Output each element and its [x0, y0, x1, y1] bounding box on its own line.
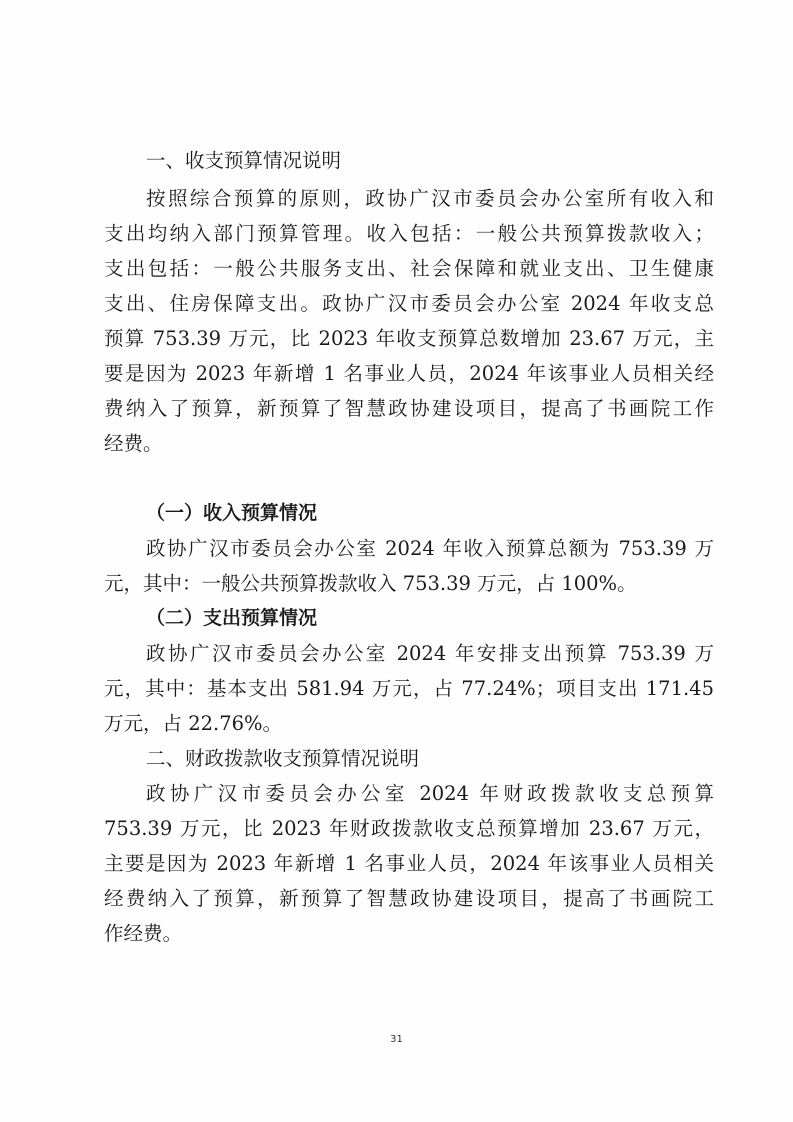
page-number: 31	[0, 1034, 793, 1045]
paragraph-line: 作经费。	[104, 916, 182, 951]
paragraph-line: 支出、住房保障支出。政协广汉市委员会办公室 2024 年收支总	[104, 286, 714, 321]
subsection-heading-income: （一）收入预算情况	[146, 496, 317, 531]
paragraph-line: 政协广汉市委员会办公室 2024 年收入预算总额为 753.39 万	[146, 531, 714, 566]
paragraph-line: 经费。	[104, 426, 163, 461]
paragraph-line: 按照综合预算的原则，政协广汉市委员会办公室所有收入和	[146, 181, 714, 216]
paragraph-line: 预算 753.39 万元，比 2023 年收支预算总数增加 23.67 万元，主	[104, 321, 714, 356]
document-page: 一、收支预算情况说明 按照综合预算的原则，政协广汉市委员会办公室所有收入和 支出…	[0, 0, 793, 1122]
section-heading-2: 二、财政拨款收支预算情况说明	[146, 741, 419, 776]
paragraph-line: 元，其中：一般公共预算拨款收入 753.39 万元，占 100%。	[104, 566, 637, 601]
paragraph-line: 费纳入了预算，新预算了智慧政协建设项目，提高了书画院工作	[104, 391, 714, 426]
section-heading-1: 一、收支预算情况说明	[146, 143, 341, 178]
paragraph-line: 经费纳入了预算，新预算了智慧政协建设项目，提高了书画院工	[104, 881, 714, 916]
paragraph-line: 元，其中：基本支出 581.94 万元，占 77.24%；项目支出 171.45	[104, 671, 714, 706]
paragraph-line: 万元，占 22.76%。	[104, 706, 282, 741]
subsection-heading-expenditure: （二）支出预算情况	[146, 601, 317, 636]
paragraph-line: 要是因为 2023 年新增 1 名事业人员，2024 年该事业人员相关经	[104, 356, 714, 391]
paragraph-line: 政协广汉市委员会办公室 2024 年安排支出预算 753.39 万	[146, 636, 714, 671]
paragraph-line: 主要是因为 2023 年新增 1 名事业人员，2024 年该事业人员相关	[104, 846, 714, 881]
paragraph-line: 支出均纳入部门预算管理。收入包括：一般公共预算拨款收入；	[104, 216, 714, 251]
paragraph-line: 政协广汉市委员会办公室 2024 年财政拨款收支总预算	[146, 776, 714, 811]
paragraph-line: 753.39 万元，比 2023 年财政拨款收支总预算增加 23.67 万元，	[104, 811, 714, 846]
paragraph-line: 支出包括：一般公共服务支出、社会保障和就业支出、卫生健康	[104, 251, 714, 286]
